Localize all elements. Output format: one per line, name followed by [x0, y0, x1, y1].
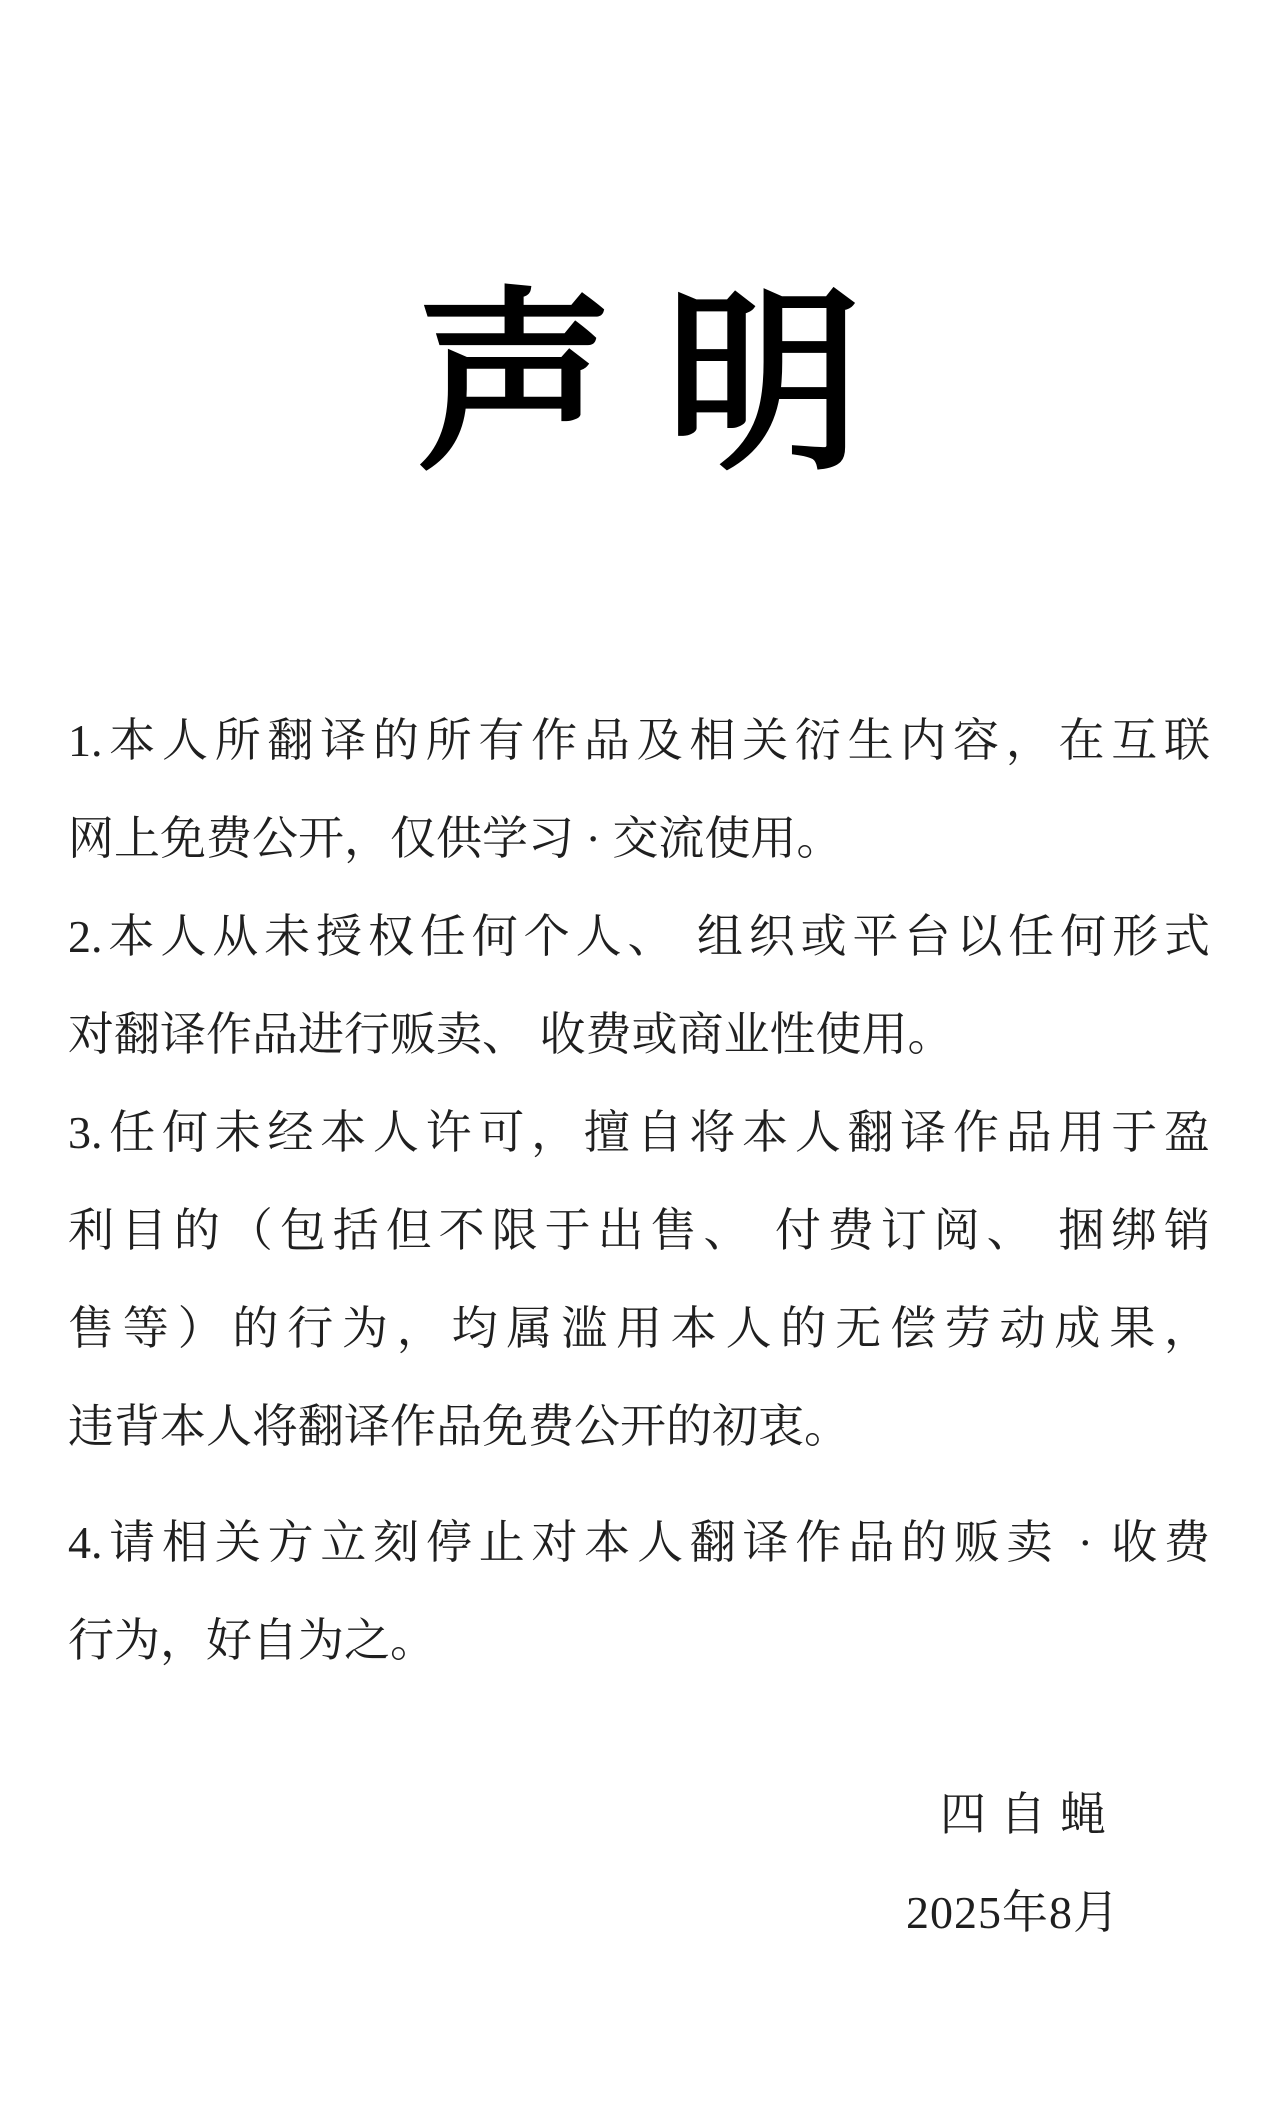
text-line: 网上免费公开，仅供学习 · 交流使用。: [68, 790, 1210, 888]
paragraph-4: 4.请相关方立刻停止对本人翻译作品的贩卖 · 收费 行为，好自为之。: [68, 1494, 1210, 1690]
text-line: 4.请相关方立刻停止对本人翻译作品的贩卖 · 收费: [68, 1494, 1210, 1592]
page-title: 声 明: [0, 0, 1280, 484]
text-line: 2.本人从未授权任何个人、 组织或平台以任何形式: [68, 888, 1210, 986]
signature-name: 四自蝇: [0, 1766, 1120, 1864]
text-line: 售等）的行为，均属滥用本人的无偿劳动成果，: [68, 1280, 1210, 1378]
text-line: 1.本人所翻译的所有作品及相关衍生内容，在互联: [68, 692, 1210, 790]
text-line: 行为，好自为之。: [68, 1592, 1210, 1690]
text-line: 违背本人将翻译作品免费公开的初衷。: [68, 1378, 1210, 1476]
paragraph-3: 3.任何未经本人许可，擅自将本人翻译作品用于盈 利目的（包括但不限于出售、 付费…: [68, 1084, 1210, 1476]
signature-date: 2025年8月: [0, 1864, 1120, 1962]
text-line: 对翻译作品进行贩卖、 收费或商业性使用。: [68, 986, 1210, 1084]
text-line: 3.任何未经本人许可，擅自将本人翻译作品用于盈: [68, 1084, 1210, 1182]
paragraph-2: 2.本人从未授权任何个人、 组织或平台以任何形式 对翻译作品进行贩卖、 收费或商…: [68, 888, 1210, 1084]
paragraph-1: 1.本人所翻译的所有作品及相关衍生内容，在互联 网上免费公开，仅供学习 · 交流…: [68, 692, 1210, 888]
statement-body: 1.本人所翻译的所有作品及相关衍生内容，在互联 网上免费公开，仅供学习 · 交流…: [0, 692, 1280, 1690]
signature-block: 四自蝇 2025年8月: [0, 1766, 1280, 1962]
text-line: 利目的（包括但不限于出售、 付费订阅、 捆绑销: [68, 1182, 1210, 1280]
statement-page: 声 明 1.本人所翻译的所有作品及相关衍生内容，在互联 网上免费公开，仅供学习 …: [0, 0, 1280, 2108]
